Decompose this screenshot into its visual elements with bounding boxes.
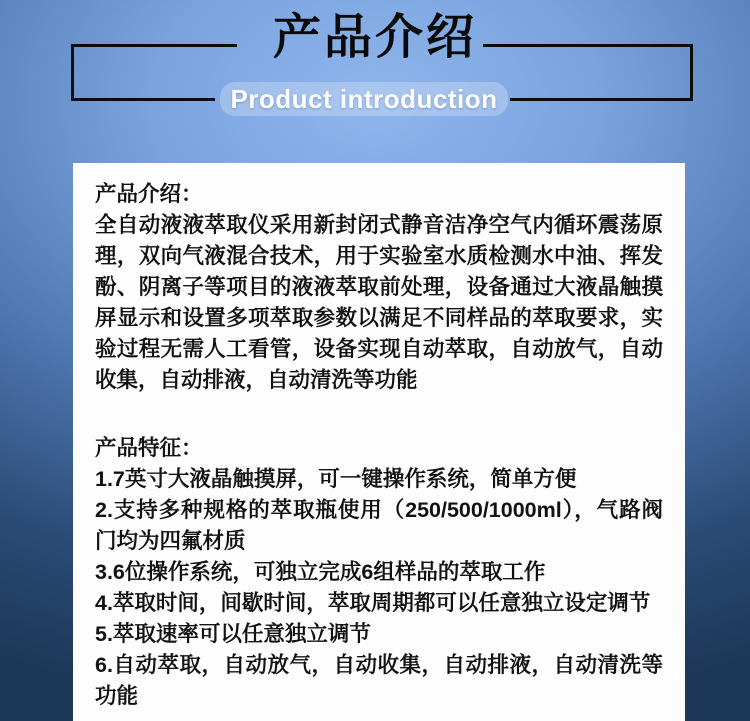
frame-line-top-left xyxy=(71,44,237,47)
intro-heading: 产品介绍： xyxy=(95,179,663,210)
poster-background: 产品介绍 Product introduction 产品介绍： 全自动液液萃取仪… xyxy=(0,0,750,721)
frame-line-bottom-right xyxy=(510,98,693,101)
intro-paragraph: 全自动液液萃取仪采用新封闭式静音洁净空气内循环震荡原理，双向气液混合技术，用于实… xyxy=(95,210,663,396)
subtitle-text: Product introduction xyxy=(230,84,497,115)
content-panel: 产品介绍： 全自动液液萃取仪采用新封闭式静音洁净空气内循环震荡原理，双向气液混合… xyxy=(73,163,685,721)
frame-line-top-right xyxy=(483,44,693,47)
frame-line-left xyxy=(71,44,74,101)
feature-item-5: 5.萃取速率可以任意独立调节 xyxy=(95,619,663,650)
feature-item-3: 3.6位操作系统，可独立完成6组样品的萃取工作 xyxy=(95,557,663,588)
feature-item-1: 1.7英寸大液晶触摸屏，可一键操作系统，简单方便 xyxy=(95,464,663,495)
frame-line-bottom-left xyxy=(71,98,215,101)
feature-item-6: 6.自动萃取，自动放气，自动收集，自动排液，自动清洗等功能 xyxy=(95,650,663,712)
subtitle-ribbon: Product introduction xyxy=(220,82,508,116)
features-heading: 产品特征： xyxy=(95,433,663,464)
feature-item-2: 2.支持多种规格的萃取瓶使用（250/500/1000ml），气路阀门均为四氟材… xyxy=(95,495,663,557)
feature-item-4: 4.萃取时间，间歇时间，萃取周期都可以任意独立设定调节 xyxy=(95,588,663,619)
frame-line-right xyxy=(690,44,693,101)
page-title: 产品介绍 xyxy=(0,10,750,66)
